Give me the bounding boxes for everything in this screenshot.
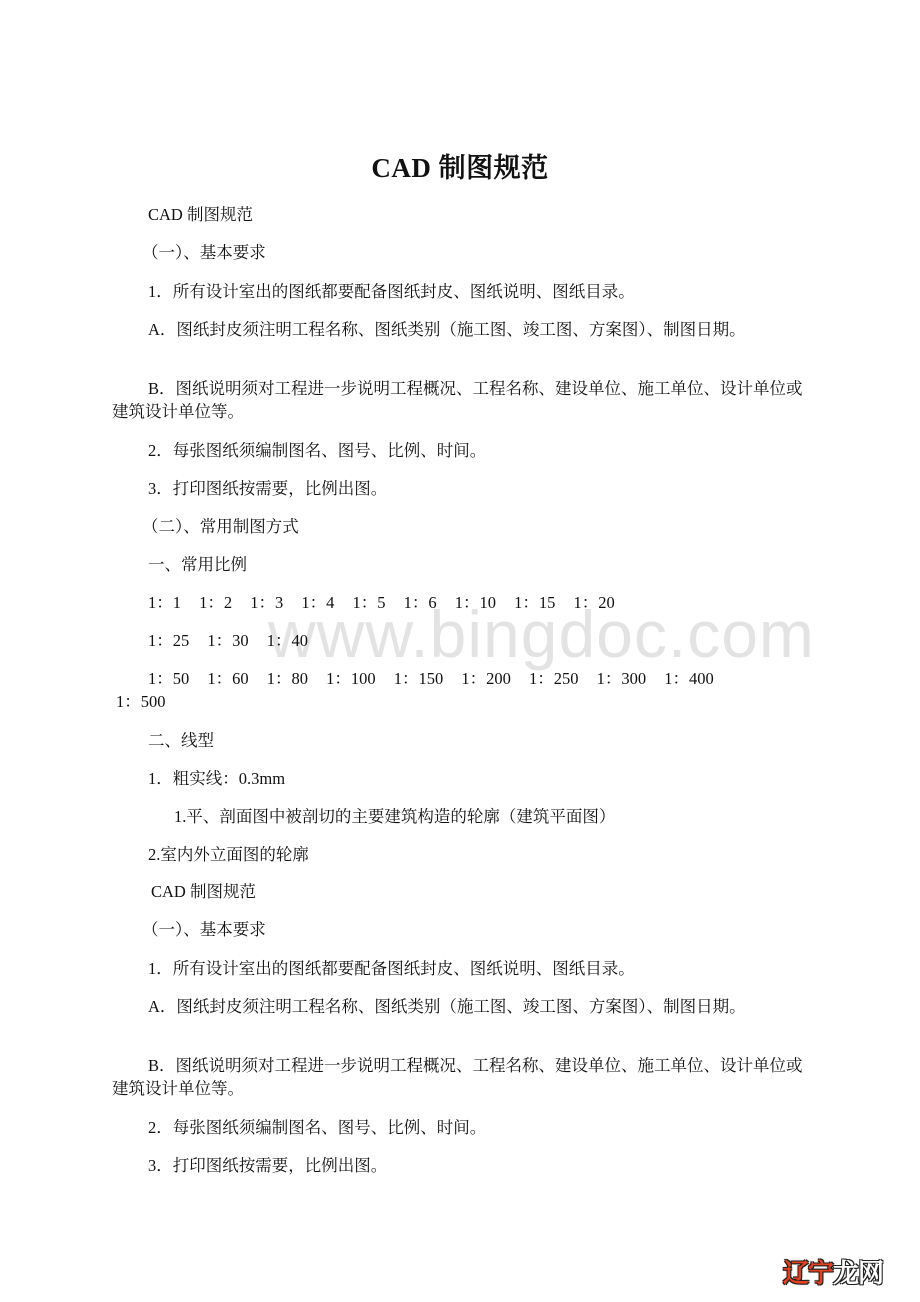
requirement-item-2: 2．每张图纸须编制图名、图号、比例、时间。 <box>148 440 486 462</box>
page-title: CAD 制图规范 <box>0 146 920 185</box>
subtitle-repeat: CAD 制图规范 <box>151 881 256 903</box>
scale-value: 1：400 <box>664 668 714 690</box>
scale-value: 1：250 <box>529 668 579 690</box>
requirement-item-a: A．图纸封皮须注明工程名称、图纸类别（施工图、竣工图、方案图）、制图日期。 <box>148 319 746 341</box>
scale-value: 1：30 <box>207 630 248 652</box>
scale-value: 1：40 <box>267 630 308 652</box>
scale-value: 1：15 <box>514 592 555 614</box>
scale-value: 1：100 <box>326 668 376 690</box>
requirement-item-3: 3．打印图纸按需要，比例出图。 <box>148 478 387 500</box>
requirement-item-3-repeat: 3．打印图纸按需要，比例出图。 <box>148 1155 387 1177</box>
line-type-sub-item-1: 1.平、剖面图中被剖切的主要建筑构造的轮廓（建筑平面图） <box>174 806 615 828</box>
logo-white-text: 龙网 <box>833 1259 883 1289</box>
requirement-item-a-repeat: A．图纸封皮须注明工程名称、图纸类别（施工图、竣工图、方案图）、制图日期。 <box>148 996 746 1018</box>
scales-row-3-wrap: 1：500 <box>116 691 166 713</box>
scale-value: 1：200 <box>461 668 511 690</box>
scale-value: 1：1 <box>148 592 181 614</box>
requirement-item-2-repeat: 2．每张图纸须编制图名、图号、比例、时间。 <box>148 1117 486 1139</box>
scale-value: 1：5 <box>353 592 386 614</box>
scale-value: 1：80 <box>267 668 308 690</box>
scale-value: 1：150 <box>394 668 444 690</box>
scale-value: 1：3 <box>250 592 283 614</box>
scale-value: 1：10 <box>455 592 496 614</box>
site-logo[interactable]: 辽宁龙网 <box>783 1253 883 1290</box>
scale-value: 1：20 <box>574 592 615 614</box>
scale-value: 1：2 <box>199 592 232 614</box>
scale-value: 1：300 <box>597 668 647 690</box>
requirement-item-b: B．图纸说明须对工程进一步说明工程概况、工程名称、建设单位、施工单位、设计单位或… <box>112 377 812 423</box>
requirement-item-1: 1．所有设计室出的图纸都要配备图纸封皮、图纸说明、图纸目录。 <box>148 281 635 303</box>
line-type-item-1: 1．粗实线：0.3mm <box>148 768 285 790</box>
scale-value: 1：50 <box>148 668 189 690</box>
scales-row-2: 1：25 1：30 1：40 <box>148 630 322 652</box>
scales-row-3: 1：50 1：60 1：80 1：100 1：150 1：200 1：250 1… <box>148 668 728 690</box>
requirement-item-b-repeat-text: B．图纸说明须对工程进一步说明工程概况、工程名称、建设单位、施工单位、设计单位或… <box>112 1056 803 1098</box>
scale-value: 1：4 <box>301 592 334 614</box>
document-page: www.bingdoc.com CAD 制图规范 CAD 制图规范 （一）、基本… <box>0 0 920 1302</box>
subtitle: CAD 制图规范 <box>148 204 253 226</box>
requirement-item-b-text: B．图纸说明须对工程进一步说明工程概况、工程名称、建设单位、施工单位、设计单位或… <box>112 379 803 421</box>
scale-value: 1：60 <box>207 668 248 690</box>
logo-red-text: 辽宁 <box>783 1259 833 1289</box>
line-type-sub-item-2: 2.室内外立面图的轮廓 <box>148 844 309 866</box>
requirement-item-1-repeat: 1．所有设计室出的图纸都要配备图纸封皮、图纸说明、图纸目录。 <box>148 958 635 980</box>
scale-value: 1：6 <box>404 592 437 614</box>
subheading-scales: 一、常用比例 <box>148 554 247 576</box>
heading-basic-requirements-repeat: （一）、基本要求 <box>142 919 266 941</box>
heading-basic-requirements: （一）、基本要求 <box>142 242 266 264</box>
requirement-item-b-repeat: B．图纸说明须对工程进一步说明工程概况、工程名称、建设单位、施工单位、设计单位或… <box>112 1054 812 1100</box>
heading-drawing-methods: （二）、常用制图方式 <box>142 516 299 538</box>
scales-row-1: 1：1 1：2 1：3 1：4 1：5 1：6 1：10 1：15 1：20 <box>148 592 629 614</box>
scale-value: 1：25 <box>148 630 189 652</box>
subheading-line-types: 二、线型 <box>148 730 214 752</box>
